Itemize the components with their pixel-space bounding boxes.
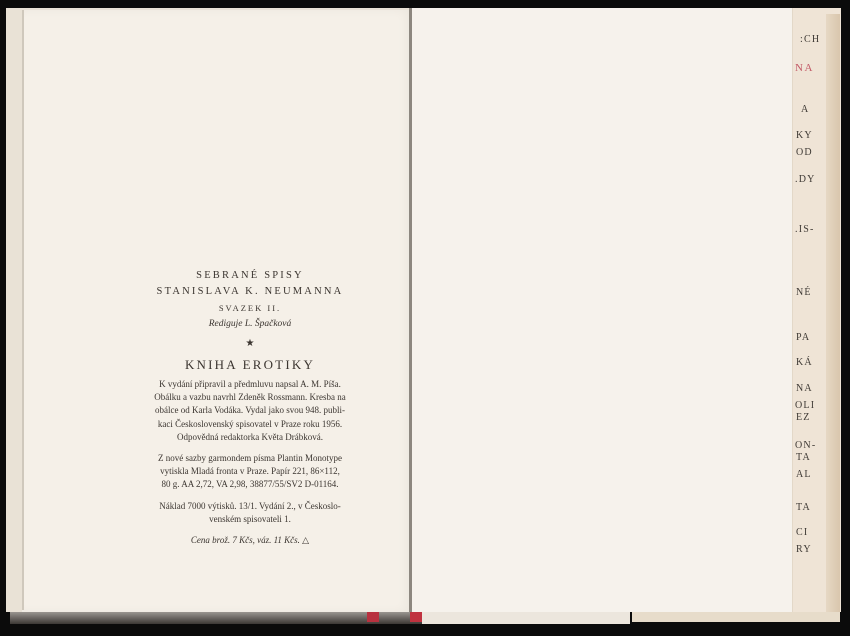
flap-text-fragment: PA <box>796 332 810 343</box>
open-book-photo: SEBRANÉ SPISY STANISLAVA K. NEUMANNA SVA… <box>0 0 850 636</box>
flap-text-fragment: AL <box>796 469 812 480</box>
flap-text-fragment: ON- <box>795 440 816 451</box>
flap-text-fragment: TA <box>796 452 811 463</box>
page-block-edge <box>422 612 630 624</box>
print-run: Náklad 7000 výtisků. 13/1. Vydání 2., v … <box>140 500 360 526</box>
text-line: venském spisovateli 1. <box>140 513 360 526</box>
flap-text-fragment: TA <box>796 502 811 513</box>
text-line: K vydání připravil a předmluvu napsal A.… <box>140 378 360 391</box>
flap-text-fragment: NA <box>796 383 813 394</box>
flap-text-fragment: KY <box>796 130 813 141</box>
text-line: vytiskla Mladá fronta v Praze. Papír 221… <box>140 465 360 478</box>
flap-text-fragment: .IS- <box>795 224 815 235</box>
colophon: SEBRANÉ SPISY STANISLAVA K. NEUMANNA SVA… <box>140 268 360 547</box>
book-gutter <box>409 8 412 612</box>
text-line: Náklad 7000 výtisků. 13/1. Vydání 2., v … <box>140 500 360 513</box>
red-bookmark-mark <box>410 612 422 622</box>
publication-credits: K vydání připravil a předmluvu napsal A.… <box>140 378 360 444</box>
printing-details: Z nové sazby garmondem písma Plantin Mon… <box>140 452 360 492</box>
text-line: Z nové sazby garmondem písma Plantin Mon… <box>140 452 360 465</box>
flap-text-fragment: .DY <box>795 174 816 185</box>
flap-text-fragment: NA <box>795 62 814 74</box>
text-line: Odpovědná redaktorka Květa Drábková. <box>140 431 360 444</box>
book-title: KNIHA EROTIKY <box>140 356 360 374</box>
left-page-edge <box>22 10 24 610</box>
red-bookmark-mark <box>367 612 379 622</box>
flap-text-fragment: EZ <box>796 412 811 423</box>
right-page-blank <box>412 8 792 612</box>
flap-text-fragment: KÁ <box>796 357 813 368</box>
author-name: STANISLAVA K. NEUMANNA <box>140 284 360 300</box>
series-title: SEBRANÉ SPISY <box>140 268 360 284</box>
cover-bottom-edge <box>632 612 840 622</box>
flap-text-fragment: NÉ <box>796 287 812 298</box>
flap-text-fragment: RY <box>796 544 812 555</box>
flap-text-fragment: OLI <box>795 400 815 411</box>
text-line: obálce od Karla Vodáka. Vydal jako svou … <box>140 404 360 417</box>
price-line: Cena brož. 7 Kčs, váz. 11 Kčs. △ <box>140 534 360 547</box>
flap-text-fragment: A <box>801 104 809 115</box>
star-ornament-icon: ★ <box>140 336 360 352</box>
cover-edge <box>826 14 840 614</box>
volume-number: SVAZEK II. <box>140 300 360 316</box>
flap-text-fragment: CI <box>796 527 808 538</box>
text-line: Obálku a vazbu navrhl Zdeněk Rossmann. K… <box>140 391 360 404</box>
text-line: kaci Československý spisovatel v Praze r… <box>140 418 360 431</box>
flap-text-fragment: OD <box>796 147 813 158</box>
editor-credit: Rediguje L. Špačková <box>140 316 360 332</box>
text-line: 80 g. AA 2,72, VA 2,98, 38877/55/SV2 D-0… <box>140 478 360 491</box>
flap-text-fragment: :CH <box>800 34 820 45</box>
